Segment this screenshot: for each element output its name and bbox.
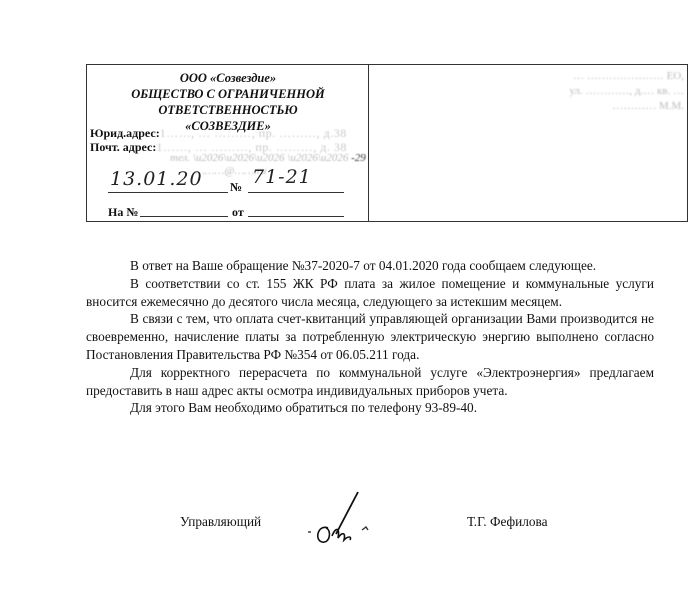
body-paragraph: В соответствии со ст. 155 ЖК РФ плата за… [86, 275, 654, 311]
signatory-name: Т.Г. Фефилова [467, 514, 548, 530]
reference-date-underline [248, 216, 344, 217]
body-paragraph: В связи с тем, что оплата счет-квитанций… [86, 310, 654, 363]
reference-date-label: от [232, 205, 244, 220]
addressee-line3: ………… М.М. [612, 100, 684, 112]
letter-body: В ответ на Ваше обращение №37-2020-7 от … [86, 257, 654, 417]
reference-number-underline [140, 216, 228, 217]
contact-line: тел. \u2026\u2026\u2026 \u2026\u2026 -29 [170, 152, 366, 164]
outgoing-date: 13.01.20 [110, 168, 203, 190]
number-label: № [230, 180, 242, 195]
signatory-title: Управляющий [180, 514, 261, 530]
body-paragraph: Для этого Вам необходимо обратиться по т… [86, 399, 654, 417]
org-short-name: ООО «Созвездие» [88, 70, 368, 86]
addressee-line2: ул. …………, д.… кв. … [569, 85, 684, 97]
phone-fragment: -29 [351, 152, 366, 164]
outgoing-number: 71-21 [252, 166, 312, 188]
organization-block: ООО «Созвездие» ОБЩЕСТВО С ОГРАНИЧЕННОЙ … [88, 70, 368, 134]
legal-address-label: Юрид.адрес: [90, 126, 160, 140]
postal-address-label: Почт. адрес: [90, 140, 156, 154]
body-paragraph: В ответ на Ваше обращение №37-2020-7 от … [86, 257, 654, 275]
letterhead-divider [368, 64, 369, 222]
legal-address: Юрид.адрес:1……, … ………, пр. ………, д.38 [90, 126, 347, 141]
body-paragraph: Для корректного перерасчета по коммуналь… [86, 364, 654, 400]
date-underline [108, 192, 228, 193]
number-underline [248, 192, 344, 193]
handwritten-signature [300, 488, 390, 548]
org-full-name-line1: ОБЩЕСТВО С ОГРАНИЧЕННОЙ [88, 86, 368, 102]
org-full-name-line2: ОТВЕТСТВЕННОСТЬЮ [88, 102, 368, 118]
reference-number-label: На № [108, 205, 138, 220]
legal-address-value: 1……, … ………, пр. ………, д.38 [160, 126, 347, 140]
addressee-line1: … ………………… ЕО, [573, 70, 684, 82]
